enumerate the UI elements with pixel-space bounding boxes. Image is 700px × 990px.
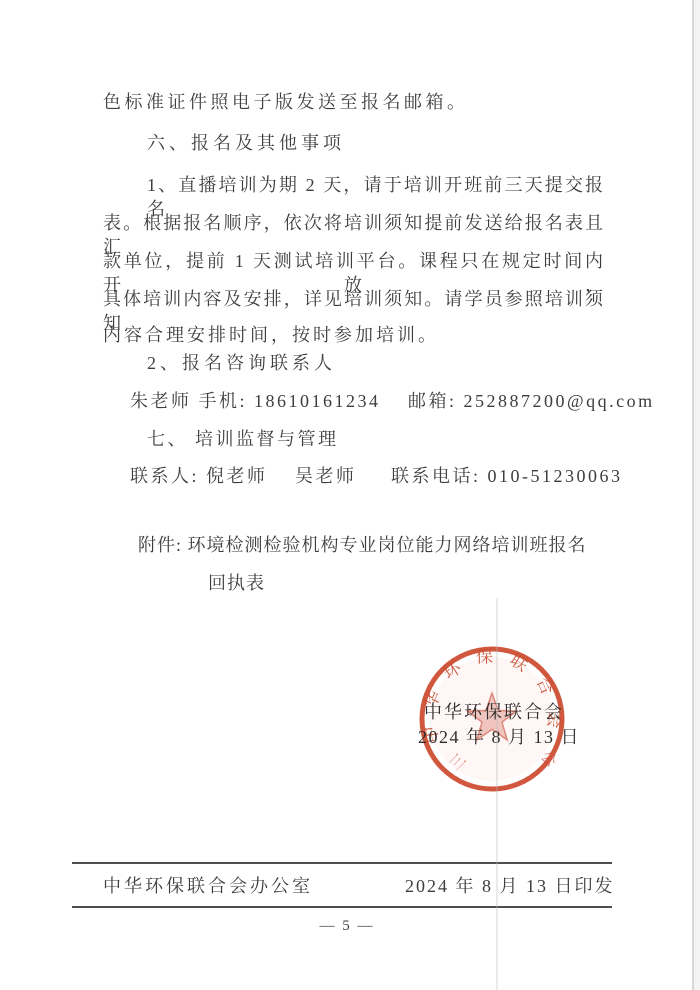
- section7-heading: 七、 培训监督与管理: [147, 427, 339, 451]
- signature-date: 2024 年 8 月 13 日: [418, 726, 580, 749]
- footer-print-date: 2024 年 8 月 13 日印发: [405, 872, 615, 898]
- section6-heading: 六、报名及其他事项: [147, 131, 345, 155]
- page-number: — 5 —: [0, 918, 694, 935]
- document-page: 色标准证件照电子版发送至报名邮箱。 六、报名及其他事项 1、直播培训为期 2 天…: [0, 0, 700, 990]
- footer-rule-bottom: [72, 906, 612, 908]
- section6-item1-line5: 内容合理安排时间，按时参加培训。: [103, 323, 439, 347]
- signature-org-name: 中华环保联合会: [424, 701, 564, 724]
- registration-contact-line: 朱老师 手机: 18610161234 邮箱: 252887200@qq.com: [130, 389, 655, 413]
- supervision-contact-line: 联系人: 倪老师 吴老师 联系电话: 010-51230063: [130, 464, 623, 488]
- footer-issuer: 中华环保联合会办公室: [103, 872, 313, 898]
- body-overflow-line: 色标准证件照电子版发送至报名邮箱。: [103, 90, 469, 114]
- paper-fold-line: [496, 598, 498, 990]
- attachment-line2: 回执表: [208, 571, 265, 595]
- section6-item2-heading: 2、报名咨询联系人: [147, 351, 336, 375]
- page-edge-band: [694, 0, 700, 990]
- footer-rule-top: [72, 862, 612, 864]
- attachment-line1: 附件: 环境检测检验机构专业岗位能力网络培训班报名: [138, 533, 587, 557]
